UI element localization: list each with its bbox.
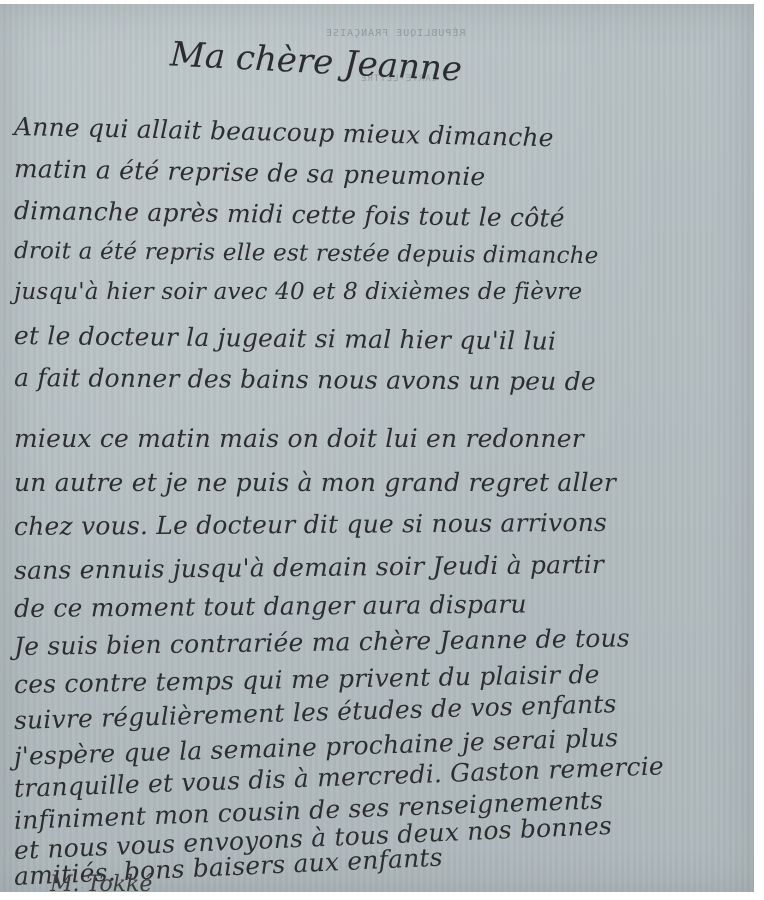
signature: M. Tokké [50,872,152,894]
letter-line: et le docteur la jugeait si mal hier qu'… [14,321,754,358]
salutation: Ma chère Jeanne [169,34,463,89]
letter-line: sans ennuis jusqu'à demain soir Jeudi à … [14,548,754,585]
letter-line: de ce moment tout danger aura disparu [14,588,754,623]
letter-line: un autre et je ne puis à mon grand regre… [14,468,754,497]
perforated-edge-right [754,0,764,900]
letter-line: Anne qui allait beaucoup mieux dimanche [14,112,754,156]
letter-line: matin a été reprise de sa pneumonie [14,154,754,196]
letter-line: jusqu'à hier soir avec 40 et 8 dixièmes … [14,279,754,305]
letter-line: Je suis bien contrariée ma chère Jeanne … [14,622,754,661]
perforated-edge-bottom [0,892,764,900]
letter-line: droit a été repris elle est restée depui… [14,238,754,270]
letter-line: chez vous. Le docteur dit que si nous ar… [14,507,754,541]
printed-header-bleedthrough: RÉPUBLIQUE FRANÇAISE [325,28,465,39]
letter-card: RÉPUBLIQUE FRANÇAISE CARTE-LETTRE Ma chè… [0,4,756,894]
letter-line: a fait donner des bains nous avons un pe… [14,363,754,397]
letter-line: dimanche après midi cette fois tout le c… [14,196,754,235]
perforated-edge-top [0,0,764,6]
letter-line: mieux ce matin mais on doit lui en redon… [14,424,754,453]
